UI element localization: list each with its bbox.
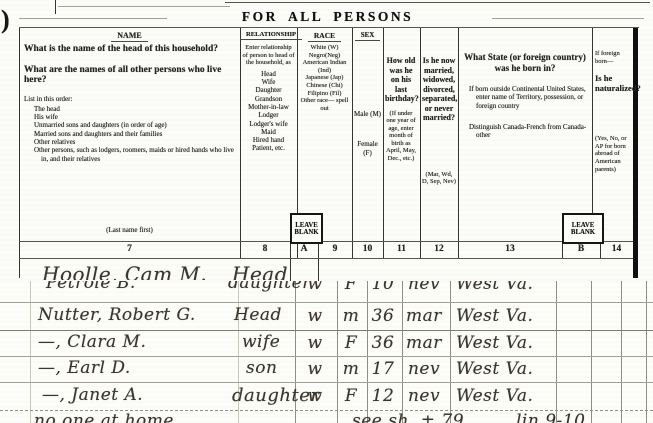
list-item: White (W) — [299, 44, 350, 52]
list-item: The head — [41, 105, 236, 113]
birthplace-note-1: If born outside Continental United State… — [463, 85, 587, 110]
column-divider — [592, 28, 593, 241]
age-column-instructions: How old was he on his last birthday? (If… — [385, 56, 417, 163]
form-rows-fragment: Petrole B. daughter w F 10 nev West Va. … — [0, 281, 653, 423]
scan-line — [225, 2, 650, 3]
entry-sex: F — [336, 281, 366, 294]
row-rule — [0, 356, 653, 357]
entry-age: 17 — [366, 359, 400, 379]
entry-note-center: see sh. ± 79 — [352, 411, 464, 423]
entry-sex: F — [336, 333, 366, 353]
list-item: Head — [242, 70, 295, 78]
entry-note-right: lin 9-10 — [516, 411, 585, 423]
entry-relationship: Head — [232, 262, 288, 280]
column-number-12: 12 — [420, 244, 458, 254]
entry-race: w — [296, 359, 334, 379]
form-section-title: FOR ALL PERSONS — [19, 9, 636, 25]
entry-race: w — [296, 333, 334, 353]
list-item: Other persons, such as lodgers, roomers,… — [41, 146, 236, 163]
naturalized-note: (Yes, No, or AP for born abroad of Ameri… — [595, 135, 632, 173]
entry-name: —, Janet A. — [42, 385, 143, 405]
entry-age: 10 — [366, 281, 400, 294]
entry-birthplace: West Va. — [456, 333, 533, 353]
birthplace-question: What State (or foreign country) was he b… — [463, 52, 587, 73]
list-item: Patient, etc. — [242, 144, 295, 152]
entry-name: Hoolle, Cam M. — [42, 262, 207, 280]
entry-relationship: Head — [234, 305, 282, 325]
column-number-b: B — [562, 244, 600, 254]
relationship-list: HeadWifeDaughterGrandsonMother-in-lawLod… — [242, 70, 295, 153]
entry-row: no one at home see sh. ± 79 lin 9-10 — [0, 410, 653, 423]
column-number-8: 8 — [240, 244, 290, 254]
entry-name: Nutter, Robert G. — [38, 305, 196, 325]
column-divider — [420, 28, 421, 258]
list-item: Other race— spell out — [299, 97, 350, 112]
sex-male-option: Male (M) — [353, 110, 382, 118]
entry-birthplace: West Va. — [456, 306, 533, 326]
name-list-intro: List in this order: — [24, 95, 236, 103]
list-item: Japanese (Jap) — [299, 74, 350, 82]
column-number-13: 13 — [458, 244, 562, 254]
entry-sex: m — [336, 306, 366, 326]
entry-name: Petrole B. — [46, 281, 136, 293]
naturalized-column-instructions: If foreign born— Is he naturalized? (Yes… — [595, 50, 632, 173]
list-item: Grandson — [242, 95, 295, 103]
birthplace-column-instructions: What State (or foreign country) was he b… — [463, 52, 587, 139]
column-number-11: 11 — [383, 244, 420, 254]
column-name-header: NAME — [19, 31, 240, 42]
column-divider — [383, 28, 384, 258]
list-item: Lodger — [242, 111, 295, 119]
scan-line — [58, 6, 230, 7]
entry-age: 36 — [366, 333, 400, 353]
entry-note-name: no one at home — [34, 411, 174, 423]
row-rule — [0, 382, 653, 383]
column-number-a: A — [290, 244, 318, 254]
column-race-header: RACE — [297, 31, 352, 42]
column-divider — [458, 28, 459, 258]
row-rule — [0, 330, 653, 331]
list-item: Other relatives — [41, 138, 236, 146]
race-list: White (W)Negro(Neg)American Indian (Ind)… — [299, 44, 350, 112]
name-footer-note: (Last name first) — [19, 226, 240, 234]
list-item: Mother-in-law — [242, 103, 295, 111]
leave-blank-box-a: LEAVE BLANK — [290, 213, 323, 244]
entry-relationship: son — [246, 358, 277, 378]
relationship-column-instructions: Enter relationship of person to head of … — [242, 44, 295, 153]
list-item: Lodger's wife — [242, 120, 295, 128]
table-right-heavy-border — [633, 28, 638, 278]
column-number-9: 9 — [318, 244, 352, 254]
age-note: (If under one year of age, enter month o… — [385, 110, 417, 163]
list-item: American Indian (Ind) — [299, 59, 350, 74]
list-item: Wife — [242, 78, 295, 86]
corner-bracket-mark: ) — [1, 5, 10, 35]
relationship-intro: Enter relationship of person to head of … — [242, 44, 295, 67]
list-item: Chinese (Chi) — [299, 82, 350, 90]
number-row-top-rule — [19, 241, 633, 242]
entry-age: 12 — [366, 386, 400, 406]
census-form-scan: ) FOR ALL PERSONS NAME RELATIONSHIP RACE… — [0, 0, 653, 423]
entry-marital: nev — [400, 281, 448, 294]
marital-column-instructions: Is he now married, widowed, divorced, se… — [422, 56, 456, 186]
naturalized-pre: If foreign born— — [595, 50, 632, 65]
column-number-7: 7 — [19, 244, 240, 254]
entry-race: w — [296, 386, 334, 406]
list-item: Married sons and daughters and their fam… — [41, 130, 236, 138]
name-question-2: What are the names of all other persons … — [24, 65, 236, 86]
naturalized-question: Is he naturalized? — [595, 74, 632, 93]
entry-marital: nev — [400, 386, 448, 406]
entry-sex: m — [336, 359, 366, 379]
name-column-instructions: What is the name of the head of this hou… — [24, 44, 236, 163]
title-underline — [19, 27, 639, 28]
column-divider — [240, 28, 241, 258]
list-item: Maid — [242, 128, 295, 136]
name-question-1: What is the name of the head of this hou… — [24, 44, 236, 55]
entry-sex: F — [336, 386, 366, 406]
marital-codes-note: (Mar, Wd, D, Sep, Nev) — [422, 171, 456, 186]
entry-birthplace: West Va. — [456, 359, 533, 379]
column-sex-header: SEX — [352, 31, 383, 41]
entry-birthplace: West Va. — [456, 281, 533, 294]
entry-name: —, Earl D. — [38, 358, 131, 378]
race-column-instructions: White (W)Negro(Neg)American Indian (Ind)… — [299, 44, 350, 112]
list-item: Daughter — [242, 86, 295, 94]
column-relationship-header: RELATIONSHIP — [240, 31, 297, 40]
list-item: His wife — [41, 113, 236, 121]
marital-question: Is he now married, widowed, divorced, se… — [422, 56, 456, 123]
list-item: Filipino (Fil) — [299, 90, 350, 98]
entry-birthplace: West Va. — [456, 386, 533, 406]
entry-marital: nev — [400, 359, 448, 379]
row-rule — [0, 302, 653, 303]
column-number-14: 14 — [600, 244, 633, 254]
sex-column-instructions: Male (M) Female (F) — [353, 44, 382, 157]
form-header-fragment: ) FOR ALL PERSONS NAME RELATIONSHIP RACE… — [0, 0, 653, 281]
list-item: Hired hand — [242, 136, 295, 144]
age-question: How old was he on his last birthday? — [385, 56, 417, 104]
entry-race: w — [296, 281, 334, 294]
entry-name: —, Clara M. — [38, 332, 146, 352]
clipped-entry-row: Hoolle, Cam M. Head — [0, 259, 653, 280]
sex-female-option: Female (F) — [353, 140, 382, 157]
entry-age: 36 — [366, 306, 400, 326]
entry-marital: mar — [400, 306, 448, 326]
list-item: Negro(Neg) — [299, 52, 350, 60]
column-number-10: 10 — [352, 244, 383, 254]
entry-row: Petrole B. daughter w F 10 nev West Va. — [0, 281, 653, 302]
name-order-list: The headHis wifeUnmarried sons and daugh… — [28, 105, 236, 163]
entry-race: w — [296, 306, 334, 326]
list-item: Unmarried sons and daughters (in order o… — [41, 121, 236, 129]
entry-marital: mar — [400, 333, 448, 353]
birthplace-note-2: Distinguish Canada-French from Canada-ot… — [463, 123, 587, 140]
leave-blank-box-b: LEAVE BLANK — [562, 213, 604, 244]
entry-relationship: wife — [242, 332, 280, 352]
